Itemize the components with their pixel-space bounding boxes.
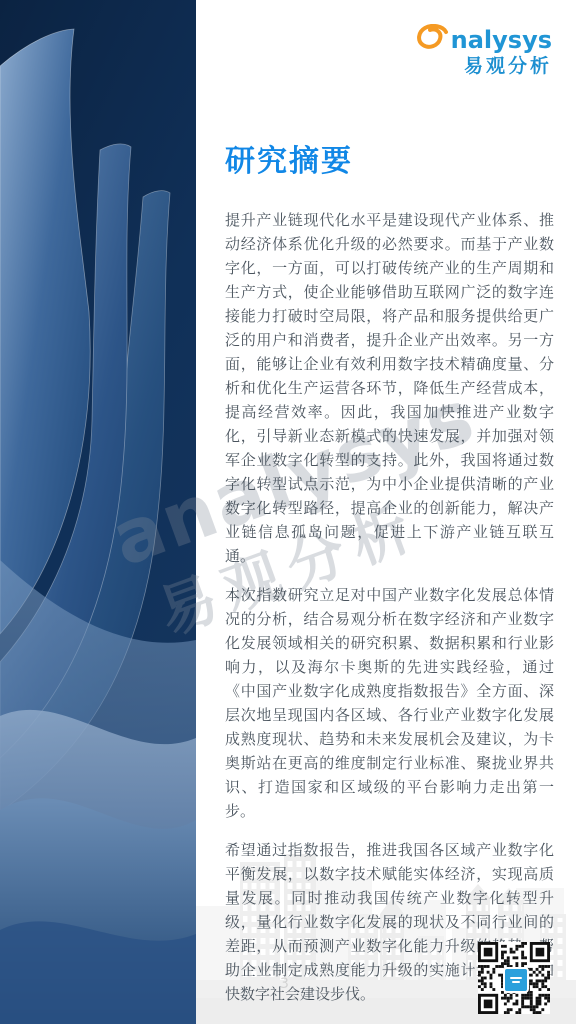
- page-number: 3: [280, 976, 289, 992]
- paragraph-1: 提升产业链现代化水平是建设现代产业体系、推动经济体系优化升级的必然要求。而基于产…: [225, 208, 554, 568]
- left-decorative-panel: [0, 0, 196, 1024]
- report-page: analysys 易观分析: [0, 0, 576, 1024]
- qr-center-logo-icon: [503, 967, 529, 993]
- paragraph-2: 本次指数研究立足对中国产业数字化发展总体情况的分析，结合易观分析在数字经济和产业…: [225, 583, 554, 823]
- main-content: 研究摘要 提升产业链现代化水平是建设现代产业体系、推动经济体系优化升级的必然要求…: [225, 136, 554, 1021]
- abstract-pages-art: [0, 0, 196, 1024]
- qr-code: [478, 942, 550, 1014]
- analysys-logo: nalysys 易观分析: [416, 24, 552, 76]
- page-title: 研究摘要: [225, 136, 554, 180]
- logo-text-cn: 易观分析: [416, 57, 552, 76]
- logo-text-en: nalysys: [451, 28, 552, 52]
- analysys-swirl-icon: [416, 24, 450, 52]
